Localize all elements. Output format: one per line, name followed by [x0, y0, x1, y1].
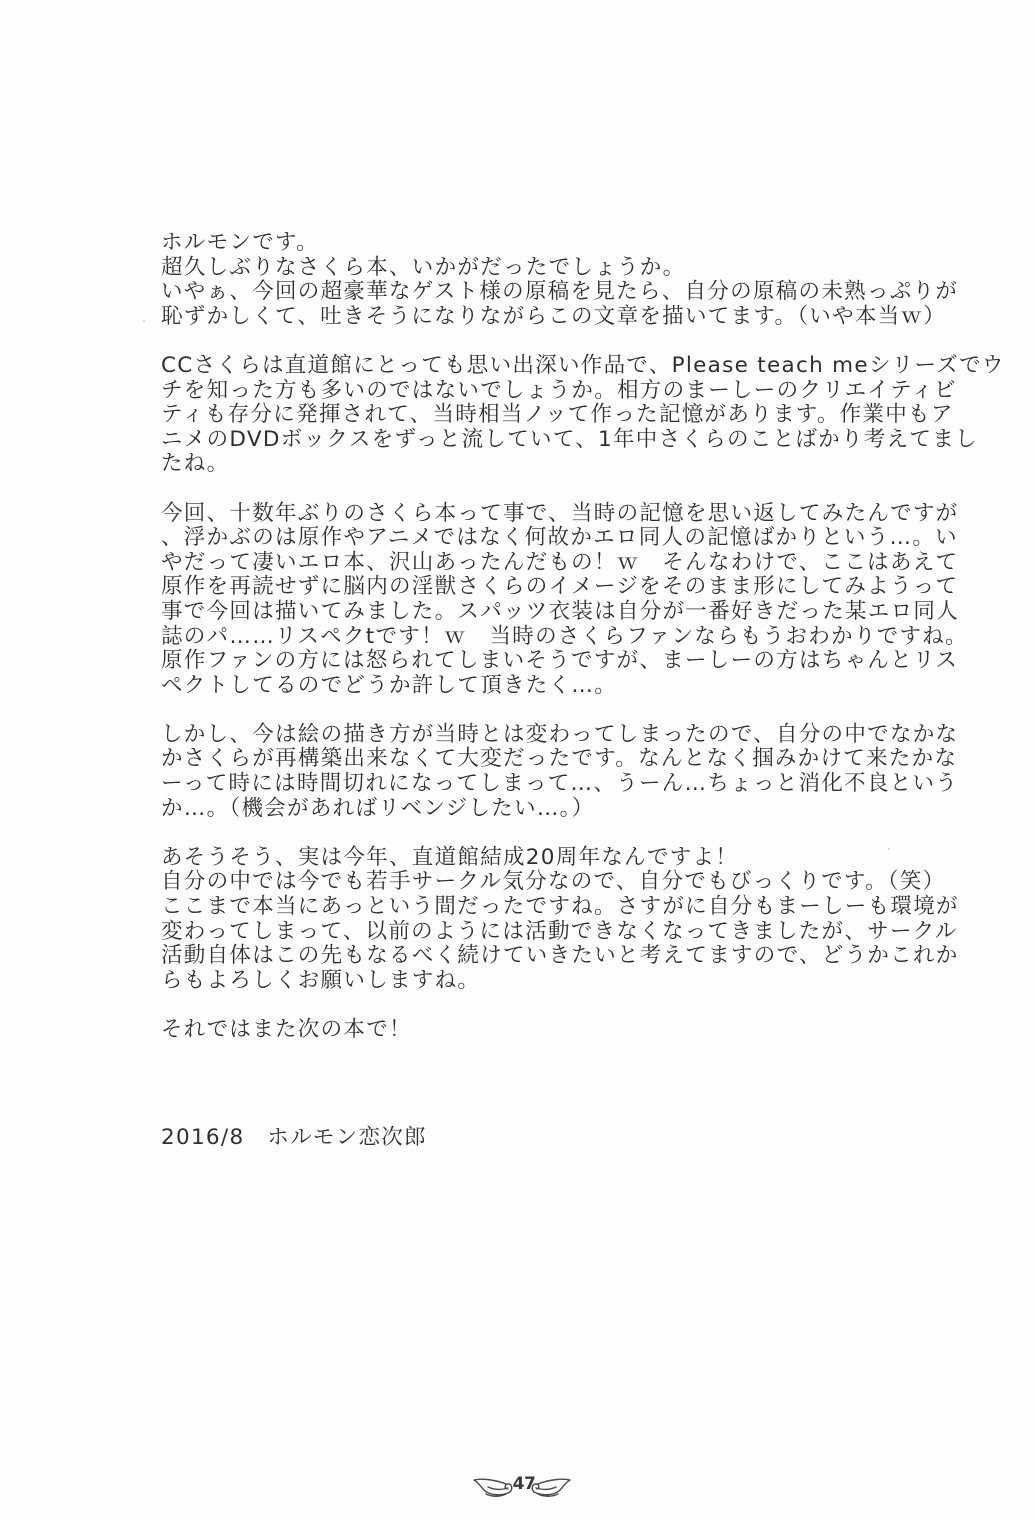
text-line: やだって凄いエロ本、沢山あったんだもの！ｗ そんなわけで、ここはあえて	[161, 551, 901, 576]
paragraph-greeting: ホルモンです。 超久しぶりなさくら本、いかがだったでしょうか。 いやぁ、今回の超…	[161, 231, 901, 329]
text-line: 自分の中では今でも若手サークル気分なので、自分でもびっくりです。（笑）	[161, 870, 901, 895]
book-page: ホルモンです。 超久しぶりなさくら本、いかがだったでしょうか。 いやぁ、今回の超…	[0, 0, 1035, 1520]
text-line: 、浮かぶのは原作やアニメではなく何故かエロ同人の記憶ばかりという…。い	[161, 526, 901, 551]
page-folio: 47	[472, 1470, 572, 1500]
text-line: ここまで本当にあっという間だったですね。さすがに自分もまーしーも環境が	[161, 895, 901, 920]
paragraph-gap	[161, 477, 901, 502]
afterword-body: ホルモンです。 超久しぶりなさくら本、いかがだったでしょうか。 いやぁ、今回の超…	[161, 231, 901, 1043]
scan-speck	[143, 320, 145, 322]
text-line: 恥ずかしくて、吐きそうになりながらこの文章を描いてます。（いや本当ｗ）	[161, 305, 901, 330]
text-line: ーって時には時間切れになってしまって…、うーん…ちょっと消化不良という	[161, 772, 901, 797]
text-line: たね。	[161, 452, 901, 477]
text-line: 原作ファンの方には怒られてしまいそうですが、まーしーの方はちゃんとリス	[161, 649, 901, 674]
paragraph-closing: それではまた次の本で！	[161, 1018, 901, 1043]
signature-author: ホルモン恋次郎	[267, 1125, 427, 1150]
text-line: 事で今回は描いてみました。スパッツ衣装は自分が一番好きだった某エロ同人	[161, 600, 901, 625]
text-line: 活動自体はこの先もなるべく続けていきたいと考えてますので、どうかこれか	[161, 944, 901, 969]
paragraph-gap	[161, 821, 901, 846]
text-line: かさくらが再構築出来なくて大変だったです。なんとなく掴みかけて来たかな	[161, 747, 901, 772]
paragraph-anniversary: あそうそう、実は今年、直道館結成20周年なんですよ！ 自分の中では今でも若手サー…	[161, 846, 901, 994]
text-line: CCさくらは直道館にとっても思い出深い作品で、Please teach meシリ…	[161, 354, 901, 379]
text-line: ホルモンです。	[161, 231, 901, 256]
text-line: か…。（機会があればリベンジしたい…。）	[161, 797, 901, 822]
page-number: 47	[512, 1474, 536, 1494]
text-line: 超久しぶりなさくら本、いかがだったでしょうか。	[161, 256, 901, 281]
paragraph-cc-sakura: CCさくらは直道館にとっても思い出深い作品で、Please teach meシリ…	[161, 354, 901, 477]
paragraph-gap	[161, 329, 901, 354]
text-line: らもよろしくお願いしますね。	[161, 969, 901, 994]
text-line: しかし、今は絵の描き方が当時とは変わってしまったので、自分の中でなかな	[161, 723, 901, 748]
signature: 2016/8 ホルモン恋次郎	[161, 1126, 427, 1151]
text-line: いやぁ、今回の超豪華なゲスト様の原稿を見たら、自分の原稿の未熟っぷりが	[161, 280, 901, 305]
text-line: チを知った方も多いのではないでしょうか。相方のまーしーのクリエイティビ	[161, 379, 901, 404]
text-line: ティも存分に発揮されて、当時相当ノッて作った記憶があります。作業中もア	[161, 403, 901, 428]
text-line: 変わってしまって、以前のようには活動できなくなってきましたが、サークル	[161, 920, 901, 945]
paragraph-memories: 今回、十数年ぶりのさくら本って事で、当時の記憶を思い返してみたんですが 、浮かぶ…	[161, 502, 901, 699]
text-line: あそうそう、実は今年、直道館結成20周年なんですよ！	[161, 846, 901, 871]
text-line: 誌のパ……リスペクtです！ｗ 当時のさくらファンならもうおわかりですね。	[161, 625, 901, 650]
text-line: 今回、十数年ぶりのさくら本って事で、当時の記憶を思い返してみたんですが	[161, 502, 901, 527]
paragraph-gap	[161, 993, 901, 1018]
text-line: ニメのDVDボックスをずっと流していて、1年中さくらのことばかり考えてまし	[161, 428, 901, 453]
text-line: ペクトしてるのでどうか許して頂きたく…。	[161, 674, 901, 699]
text-line: それではまた次の本で！	[161, 1018, 901, 1043]
signature-date: 2016/8	[161, 1125, 244, 1150]
paragraph-drawing-style: しかし、今は絵の描き方が当時とは変わってしまったので、自分の中でなかな かさくら…	[161, 723, 901, 821]
paragraph-gap	[161, 698, 901, 723]
text-line: 原作を再読せずに脳内の淫獣さくらのイメージをそのまま形にしてみようって	[161, 575, 901, 600]
